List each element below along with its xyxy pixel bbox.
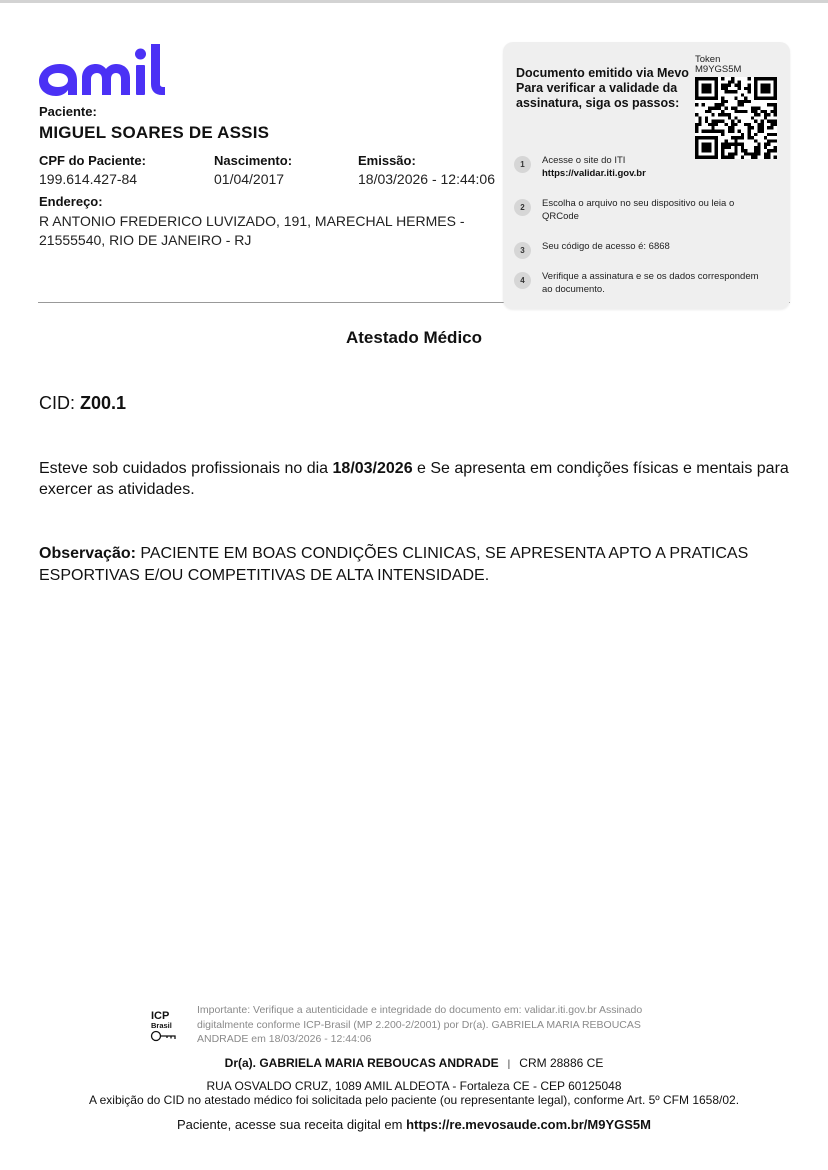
prescription-link[interactable]: https://re.mevosaude.com.br/M9YGS5M [406, 1117, 651, 1132]
document-title: Atestado Médico [0, 328, 828, 348]
cid-label: CID: [39, 393, 75, 413]
step-text: Acesse o site do ITI [542, 154, 767, 167]
step-4: 4 Verifique a assinatura e se os dados c… [514, 270, 767, 296]
patient-label: Paciente: [39, 104, 97, 119]
mevo-title: Documento emitido via Mevo Para verifica… [516, 66, 696, 111]
step-text: Seu código de acesso é: 6868 [542, 240, 767, 253]
digital-prescription-line: Paciente, acesse sua receita digital em … [0, 1117, 828, 1132]
doctor-crm: CRM 28886 CE [519, 1056, 603, 1070]
body-text-pre: Esteve sob cuidados profissionais no dia [39, 460, 333, 477]
issue-label: Emissão: [358, 153, 495, 168]
cpf-field: CPF do Paciente: 199.614.427-84 [39, 153, 146, 187]
birth-value: 01/04/2017 [214, 171, 292, 187]
issue-value: 18/03/2026 - 12:44:06 [358, 171, 495, 187]
signer-line: Dr(a). GABRIELA MARIA REBOUCAS ANDRADE|C… [0, 1056, 828, 1070]
step-2: 2 Escolha o arquivo no seu dispositivo o… [514, 197, 767, 223]
address-value: R ANTONIO FREDERICO LUVIZADO, 191, MAREC… [39, 212, 489, 250]
step-number: 1 [514, 156, 531, 173]
body-date: 18/03/2026 [333, 460, 413, 477]
doctor-name: Dr(a). GABRIELA MARIA REBOUCAS ANDRADE [225, 1056, 499, 1070]
patient-name: MIGUEL SOARES DE ASSIS [39, 123, 269, 143]
link-intro: Paciente, acesse sua receita digital em [177, 1117, 406, 1132]
cid-line: CID: Z00.1 [39, 393, 126, 414]
token-value: M9YGS5M [695, 65, 741, 75]
step-number: 2 [514, 199, 531, 216]
cpf-label: CPF do Paciente: [39, 153, 146, 168]
token-info: Token M9YGS5M [695, 55, 741, 75]
step-text: Verifique a assinatura e se os dados cor… [542, 270, 767, 296]
amil-logo [38, 42, 188, 98]
mevo-verification-box: Documento emitido via Mevo Para verifica… [503, 42, 790, 309]
observation-text: PACIENTE EM BOAS CONDIÇÕES CLINICAS, SE … [39, 545, 748, 584]
cpf-value: 199.614.427-84 [39, 171, 146, 187]
step-number: 3 [514, 242, 531, 259]
step-3: 3 Seu código de acesso é: 6868 [514, 240, 767, 259]
icp-notice: Importante: Verifique a autenticidade e … [197, 1003, 677, 1047]
clinic-address: RUA OSVALDO CRUZ, 1089 AMIL ALDEOTA - Fo… [0, 1079, 828, 1093]
step-1: 1 Acesse o site do ITI https://validar.i… [514, 154, 767, 180]
cid-notice: A exibição do CID no atestado médico foi… [0, 1093, 828, 1107]
observation-label: Observação: [39, 545, 136, 562]
svg-text:Brasil: Brasil [151, 1021, 172, 1030]
birth-label: Nascimento: [214, 153, 292, 168]
address-field: Endereço: R ANTONIO FREDERICO LUVIZADO, … [39, 194, 489, 250]
observation: Observação: PACIENTE EM BOAS CONDIÇÕES C… [39, 543, 799, 587]
step-text: Escolha o arquivo no seu dispositivo ou … [542, 197, 767, 223]
address-label: Endereço: [39, 194, 489, 209]
issue-field: Emissão: 18/03/2026 - 12:44:06 [358, 153, 495, 187]
qr-code-icon[interactable] [695, 77, 777, 159]
step-number: 4 [514, 272, 531, 289]
separator: | [508, 1059, 511, 1070]
birth-field: Nascimento: 01/04/2017 [214, 153, 292, 187]
iti-link[interactable]: https://validar.iti.gov.br [542, 168, 646, 179]
cid-code: Z00.1 [80, 393, 126, 413]
top-border [0, 0, 828, 3]
icp-brasil-icon: ICP Brasil [150, 1008, 180, 1044]
certificate-body: Esteve sob cuidados profissionais no dia… [39, 458, 799, 500]
